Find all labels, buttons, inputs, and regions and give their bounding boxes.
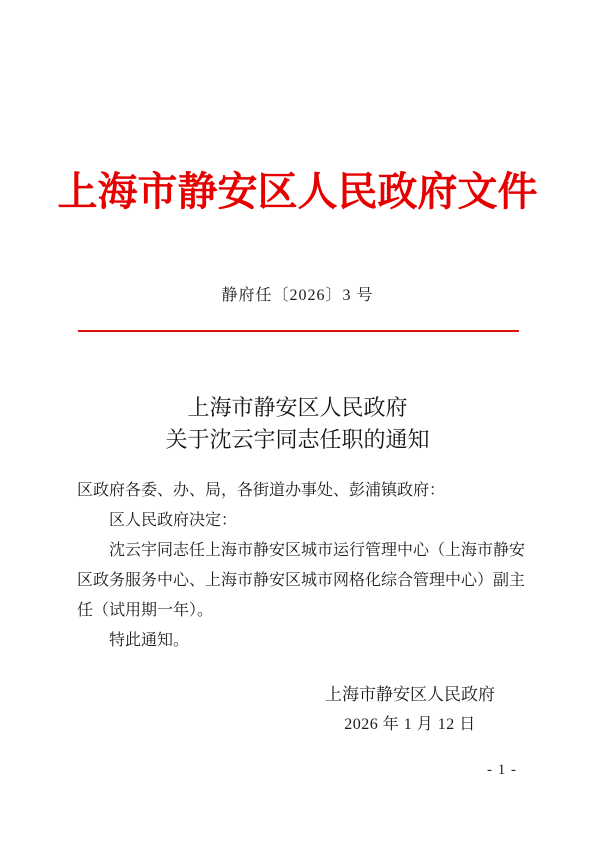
page-number: - 1 -: [487, 762, 517, 779]
signature-authority: 上海市静安区人民政府: [324, 680, 496, 710]
signature-date: 2026 年 1 月 12 日: [324, 710, 496, 740]
notice-body: 区政府各委、办、局，各街道办事处、彭浦镇政府： 区人民政府决定： 沈云宇同志任上…: [77, 476, 524, 656]
notice-heading-line1: 上海市静安区人民政府: [0, 392, 595, 424]
body-line-decision: 区人民政府决定：: [77, 506, 524, 536]
body-line-appointment-2: 区政务服务中心、上海市静安区城市网格化综合管理中心）副主: [77, 566, 524, 596]
body-line-salutation: 区政府各委、办、局，各街道办事处、彭浦镇政府：: [77, 476, 524, 506]
body-line-appointment-1: 沈云宇同志任上海市静安区城市运行管理中心（上海市静安: [77, 536, 524, 566]
document-reference-number: 静府任〔2026〕3 号: [0, 282, 595, 305]
signature-block: 上海市静安区人民政府 2026 年 1 月 12 日: [324, 680, 496, 740]
red-divider-line: [78, 330, 519, 332]
body-line-closing: 特此通知。: [77, 626, 524, 656]
document-page: 上海市静安区人民政府文件 静府任〔2026〕3 号 上海市静安区人民政府 关于沈…: [0, 0, 595, 841]
document-letterhead-title: 上海市静安区人民政府文件: [0, 160, 595, 217]
notice-heading: 上海市静安区人民政府 关于沈云宇同志任职的通知: [0, 392, 595, 456]
body-line-appointment-3: 任（试用期一年）。: [77, 596, 524, 626]
notice-heading-line2: 关于沈云宇同志任职的通知: [0, 424, 595, 456]
